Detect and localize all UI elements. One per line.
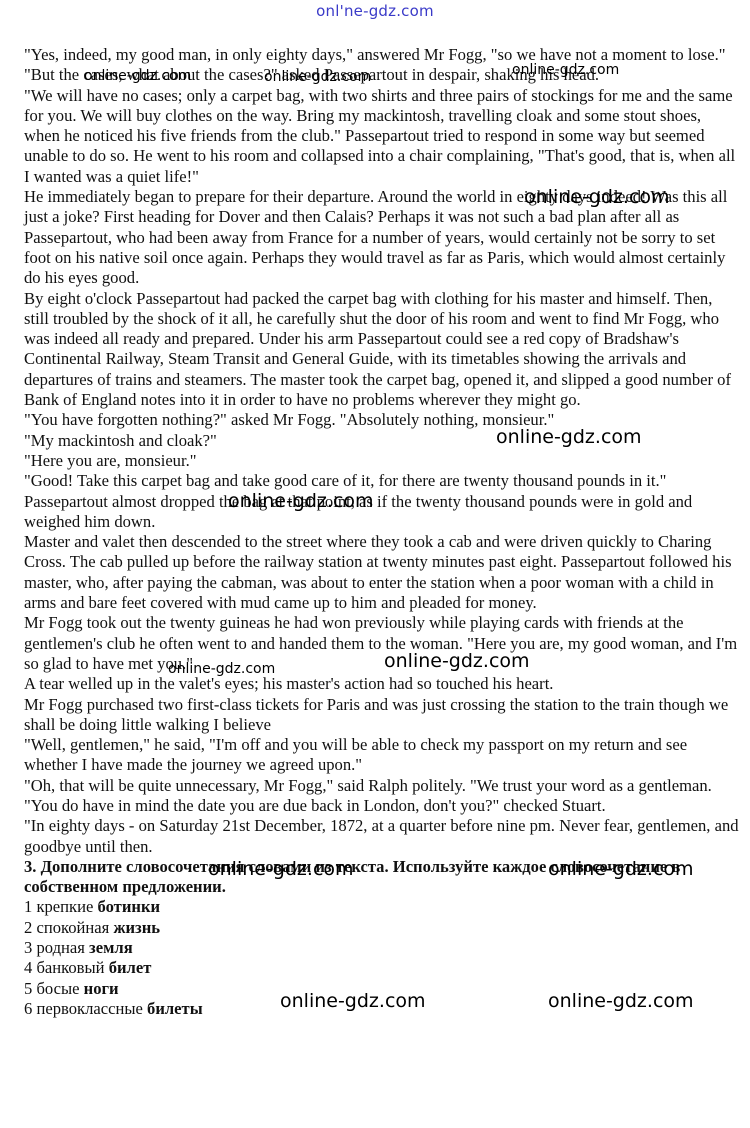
paragraph: By eight o'clock Passepartout had packed… — [24, 289, 740, 411]
item-adjective: первоклассные — [36, 999, 142, 1018]
header-watermark: onl'ne-gdz.com — [0, 2, 750, 20]
item-number: 5 — [24, 979, 32, 998]
exercise-item: 4 банковый билет — [24, 958, 740, 978]
paragraph: "Oh, that will be quite unnecessary, Mr … — [24, 776, 740, 796]
watermark: online-gdz.com — [168, 661, 275, 677]
watermark: online-gdz.com — [384, 650, 530, 672]
exercise-item: 2 спокойная жизнь — [24, 918, 740, 938]
item-adjective: босые — [36, 979, 79, 998]
paragraph: "Good! Take this carpet bag and take goo… — [24, 471, 740, 532]
item-number: 2 — [24, 918, 32, 937]
item-answer: билеты — [147, 999, 203, 1018]
item-adjective: родная — [36, 938, 84, 957]
paragraph: "You do have in mind the date you are du… — [24, 796, 740, 816]
item-number: 4 — [24, 958, 32, 977]
watermark: online-gdz.com — [228, 490, 374, 512]
paragraph: A tear welled up in the valet's eyes; hi… — [24, 674, 740, 694]
watermark: online-gdz.com — [548, 990, 694, 1012]
item-number: 3 — [24, 938, 32, 957]
watermark: online-gdz.com — [264, 69, 371, 85]
exercise-item: 3 родная земля — [24, 938, 740, 958]
watermark: online-gdz.com — [512, 62, 619, 78]
item-number: 1 — [24, 897, 32, 916]
item-answer: билет — [109, 958, 152, 977]
item-adjective: спокойная — [36, 918, 109, 937]
item-answer: ноги — [84, 979, 119, 998]
paragraph: "Here you are, monsieur." — [24, 451, 740, 471]
item-answer: ботинки — [98, 897, 161, 916]
watermark: online-gdz.com — [548, 858, 694, 880]
paragraph: "Well, gentlemen," he said, "I'm off and… — [24, 735, 740, 776]
watermark: online-gdz.com — [280, 990, 426, 1012]
paragraph: Mr Fogg purchased two first-class ticket… — [24, 695, 740, 736]
watermark: online-gdz.com — [84, 68, 191, 84]
paragraph: "Yes, indeed, my good man, in only eight… — [24, 45, 740, 65]
watermark: online-gdz.com — [208, 858, 354, 880]
paragraph: Mr Fogg took out the twenty guineas he h… — [24, 613, 740, 674]
watermark: online-gdz.com — [496, 426, 642, 448]
paragraph: Master and valet then descended to the s… — [24, 532, 740, 613]
exercise-item: 1 крепкие ботинки — [24, 897, 740, 917]
item-adjective: крепкие — [36, 897, 93, 916]
paragraph: "In eighty days - on Saturday 21st Decem… — [24, 816, 740, 857]
watermark: online-gdz.com — [524, 186, 670, 208]
item-number: 6 — [24, 999, 32, 1018]
item-answer: земля — [89, 938, 133, 957]
item-adjective: банковый — [36, 958, 104, 977]
paragraph: "We will have no cases; only a carpet ba… — [24, 86, 740, 187]
item-answer: жизнь — [113, 918, 160, 937]
